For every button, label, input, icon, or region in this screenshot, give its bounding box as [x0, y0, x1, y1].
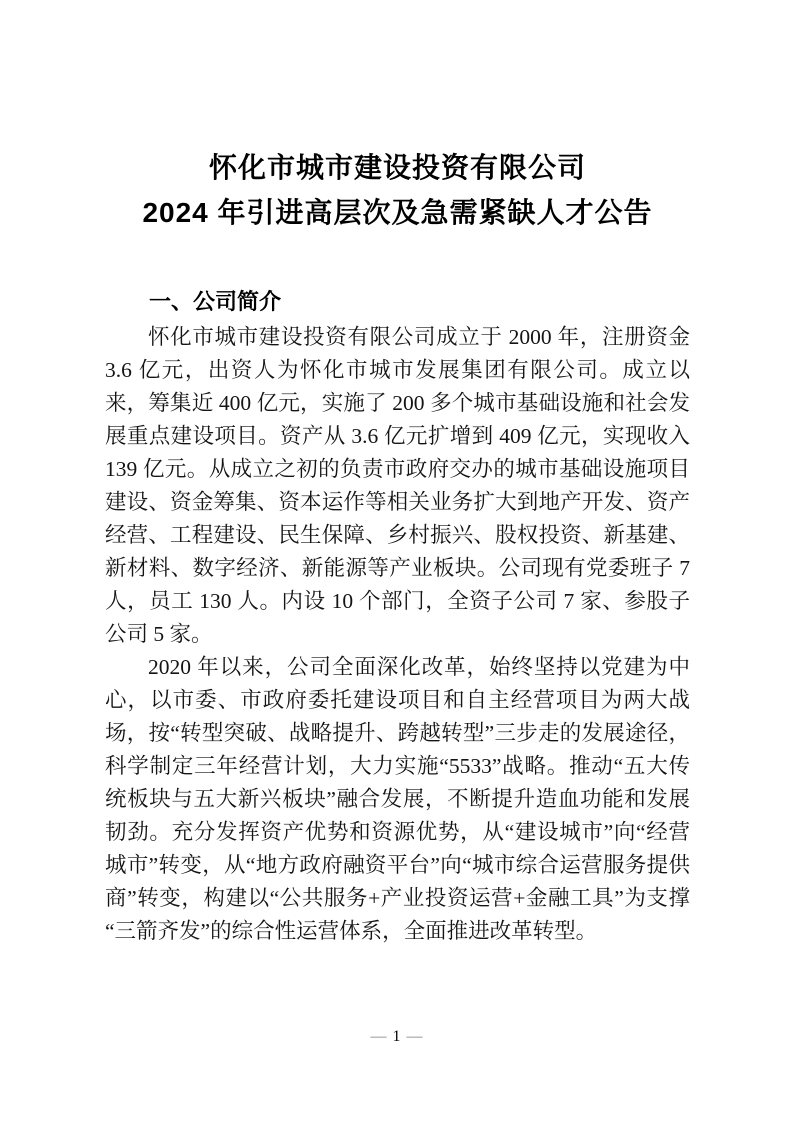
footer-dash-left: —	[365, 1028, 393, 1045]
doc-title-line-2: 2024 年引进高层次及急需紧缺人才公告	[105, 190, 690, 235]
paragraph-company-intro: 怀化市城市建设投资有限公司成立于 2000 年，注册资金 3.6 亿元，出资人为…	[105, 321, 690, 651]
footer-dash-right: —	[401, 1028, 429, 1045]
doc-title-line-1: 怀化市城市建设投资有限公司	[105, 145, 690, 190]
section-heading-company-intro: 一、公司简介	[105, 287, 690, 317]
document-title: 怀化市城市建设投资有限公司 2024 年引进高层次及急需紧缺人才公告	[105, 145, 690, 235]
document-page: 怀化市城市建设投资有限公司 2024 年引进高层次及急需紧缺人才公告 一、公司简…	[0, 0, 793, 1122]
paragraph-reform-strategy: 2020 年以来，公司全面深化改革，始终坚持以党建为中心，以市委、市政府委托建设…	[105, 651, 690, 948]
page-footer: —1—	[0, 1028, 793, 1046]
page-number: 1	[393, 1028, 401, 1045]
